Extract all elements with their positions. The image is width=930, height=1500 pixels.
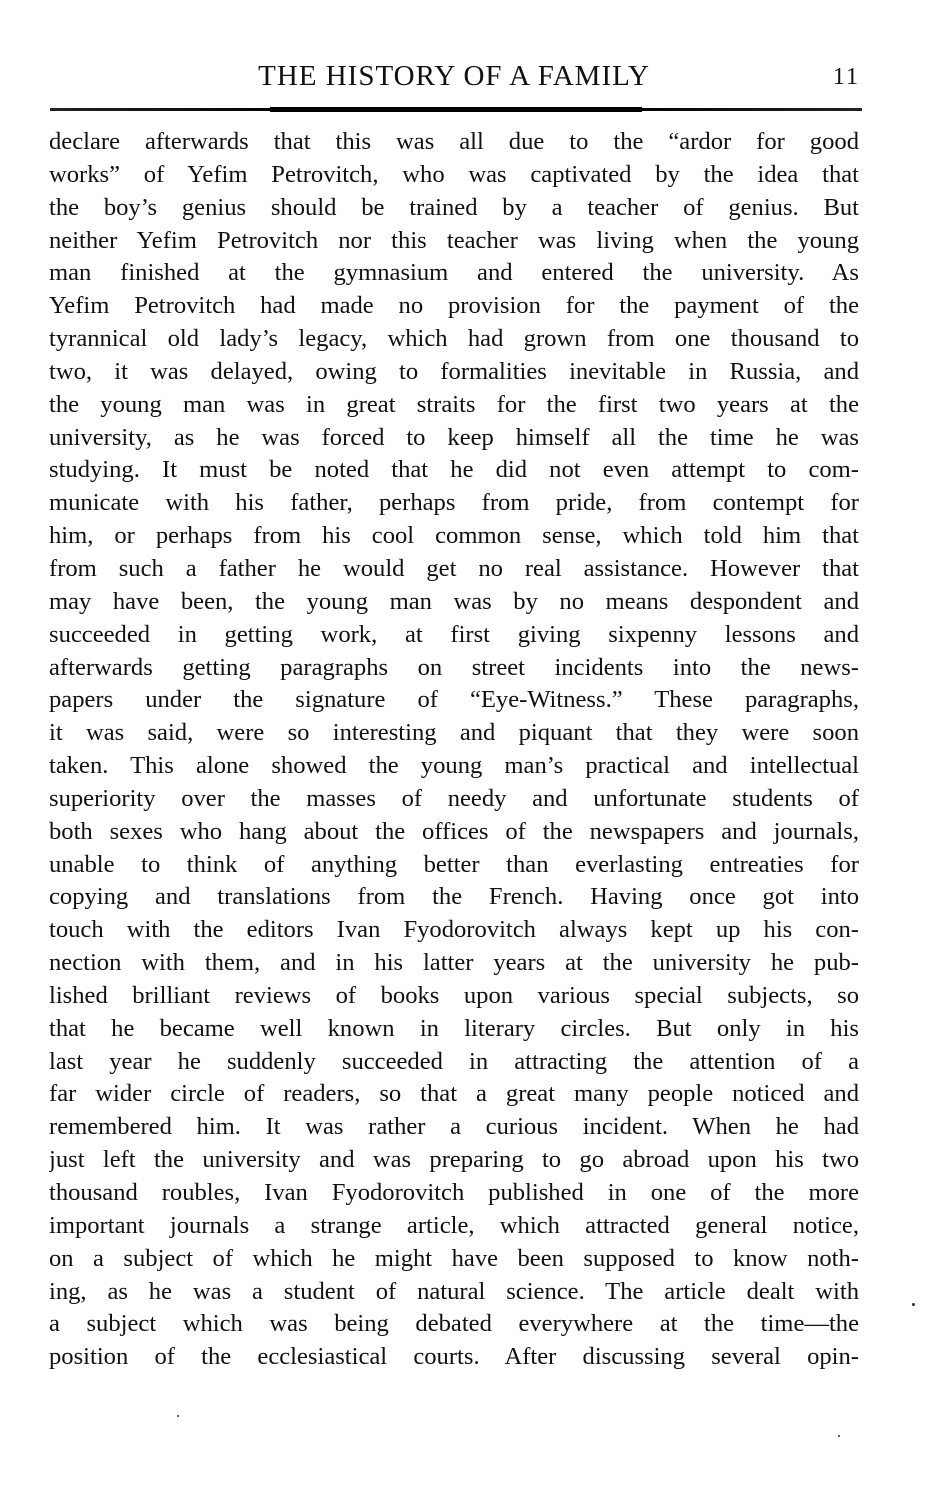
scan-speck bbox=[912, 1303, 915, 1306]
text-line: taken. This alone showed the young man’s… bbox=[49, 750, 859, 783]
header-rule bbox=[50, 108, 862, 111]
text-line: far wider circle of readers, so that a g… bbox=[49, 1078, 859, 1111]
text-line: university, as he was forced to keep him… bbox=[49, 422, 859, 455]
text-line: declare afterwards that this was all due… bbox=[49, 126, 859, 159]
text-line: on a subject of which he might have been… bbox=[49, 1243, 859, 1276]
text-line: unable to think of anything better than … bbox=[49, 849, 859, 882]
text-line: neither Yefim Petrovitch nor this teache… bbox=[49, 225, 859, 258]
text-line: from such a father he would get no real … bbox=[49, 553, 859, 586]
text-line: works” of Yefim Petrovitch, who was capt… bbox=[49, 159, 859, 192]
text-line: nection with them, and in his latter yea… bbox=[49, 947, 859, 980]
text-line: remembered him. It was rather a curious … bbox=[49, 1111, 859, 1144]
text-line: lished brilliant reviews of books upon v… bbox=[49, 980, 859, 1013]
text-line: thousand roubles, Ivan Fyodorovitch publ… bbox=[49, 1177, 859, 1210]
text-line: succeeded in getting work, at first givi… bbox=[49, 619, 859, 652]
text-line: studying. It must be noted that he did n… bbox=[49, 454, 859, 487]
text-line: man finished at the gymnasium and entere… bbox=[49, 257, 859, 290]
running-title: THE HISTORY OF A FAMILY bbox=[48, 60, 860, 93]
text-line: copying and translations from the French… bbox=[49, 881, 859, 914]
page-header: THE HISTORY OF A FAMILY 11 bbox=[48, 58, 860, 98]
scan-speck bbox=[838, 1435, 840, 1437]
text-line: superiority over the masses of needy and… bbox=[49, 783, 859, 816]
text-line: the boy’s genius should be trained by a … bbox=[49, 192, 859, 225]
text-line: papers under the signature of “Eye-Witne… bbox=[49, 684, 859, 717]
scan-speck bbox=[177, 1415, 179, 1417]
body-text: declare afterwards that this was all due… bbox=[49, 126, 859, 1374]
text-line: ing, as he was a student of natural scie… bbox=[49, 1276, 859, 1309]
text-line: may have been, the young man was by no m… bbox=[49, 586, 859, 619]
page-number: 11 bbox=[833, 64, 860, 91]
text-line: position of the ecclesiastical courts. A… bbox=[49, 1341, 859, 1374]
text-line: him, or perhaps from his cool common sen… bbox=[49, 520, 859, 553]
text-line: the young man was in great straits for t… bbox=[49, 389, 859, 422]
text-line: it was said, were so interesting and piq… bbox=[49, 717, 859, 750]
text-line: both sexes who hang about the offices of… bbox=[49, 816, 859, 849]
text-line: tyrannical old lady’s legacy, which had … bbox=[49, 323, 859, 356]
text-line: last year he suddenly succeeded in attra… bbox=[49, 1046, 859, 1079]
text-line: that he became well known in literary ci… bbox=[49, 1013, 859, 1046]
text-line: touch with the editors Ivan Fyodorovitch… bbox=[49, 914, 859, 947]
text-line: important journals a strange article, wh… bbox=[49, 1210, 859, 1243]
text-line: municate with his father, perhaps from p… bbox=[49, 487, 859, 520]
text-line: two, it was delayed, owing to formalitie… bbox=[49, 356, 859, 389]
text-line: a subject which was being debated everyw… bbox=[49, 1308, 859, 1341]
text-line: Yefim Petrovitch had made no provision f… bbox=[49, 290, 859, 323]
text-line: afterwards getting paragraphs on street … bbox=[49, 652, 859, 685]
text-line: just left the university and was prepari… bbox=[49, 1144, 859, 1177]
